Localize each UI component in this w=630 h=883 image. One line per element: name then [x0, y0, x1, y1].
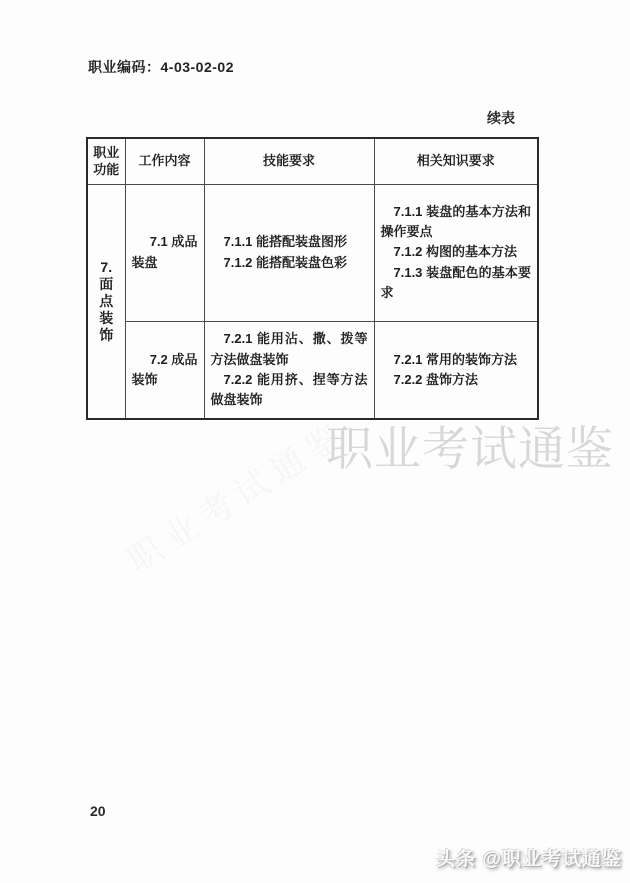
skill-item: 7.1.2 能搭配装盘色彩	[211, 253, 368, 273]
knowledge-item: 7.1.1 装盘的基本方法和操作要点	[381, 202, 532, 242]
page-number: 20	[90, 803, 106, 819]
skill-item: 7.2.2 能用挤、捏等方法做盘装饰	[211, 370, 368, 410]
table-row: 7.2 成品装饰 7.2.1 能用沾、撒、拨等方法做盘装饰 7.2.2 能用挤、…	[87, 321, 538, 419]
col-header-occupation-function: 职业功能	[87, 138, 125, 184]
site-watermark: 职业考试通鉴	[326, 412, 614, 479]
function-cell: 7. 面点装饰	[87, 184, 125, 419]
occupational-standard-table: 职业功能 工作内容 技能要求 相关知识要求 7. 面点装饰 7.1 成品装盘 7…	[86, 137, 539, 420]
skill-item: 7.2.1 能用沾、撒、拨等方法做盘装饰	[211, 329, 368, 369]
knowledge-item: 7.1.2 构图的基本方法	[381, 242, 532, 262]
work-content-text: 7.1 成品装盘	[132, 232, 198, 272]
work-content-text: 7.2 成品装饰	[132, 350, 198, 390]
skill-item: 7.1.1 能搭配装盘图形	[211, 232, 368, 252]
col-header-knowledge-requirements: 相关知识要求	[374, 138, 538, 184]
work-content-cell: 7.1 成品装盘	[125, 184, 204, 321]
knowledge-item: 7.1.3 装盘配色的基本要求	[381, 263, 532, 303]
work-content-cell: 7.2 成品装饰	[125, 321, 204, 419]
document-page: 职业编码：4-03-02-02 续表 职业功能 工作内容 技能要求 相关知识要求…	[0, 0, 630, 883]
col-header-skill-requirements: 技能要求	[204, 138, 374, 184]
knowledge-item: 7.2.1 常用的装饰方法	[381, 350, 532, 370]
vertical-function-label: 7. 面点装饰	[99, 259, 114, 344]
occupation-code-label: 职业编码：4-03-02-02	[88, 57, 234, 77]
function-number: 7.	[99, 259, 114, 276]
function-name: 面点装饰	[99, 276, 114, 344]
skills-cell: 7.1.1 能搭配装盘图形 7.1.2 能搭配装盘色彩	[204, 184, 374, 321]
skills-cell: 7.2.1 能用沾、撒、拨等方法做盘装饰 7.2.2 能用挤、捏等方法做盘装饰	[204, 321, 374, 419]
continued-table-label: 续表	[487, 108, 515, 128]
knowledge-cell: 7.1.1 装盘的基本方法和操作要点 7.1.2 构图的基本方法 7.1.3 装…	[374, 184, 538, 321]
table-row: 7. 面点装饰 7.1 成品装盘 7.1.1 能搭配装盘图形 7.1.2 能搭配…	[87, 184, 538, 321]
faint-diagonal-watermark: 职业考试通鉴	[116, 407, 356, 582]
knowledge-item: 7.2.2 盘饰方法	[381, 370, 532, 390]
table-header-row: 职业功能 工作内容 技能要求 相关知识要求	[87, 138, 538, 184]
toutiao-credit-watermark: 头条 @职业考试通鉴	[436, 844, 622, 871]
col-header-work-content: 工作内容	[125, 138, 204, 184]
knowledge-cell: 7.2.1 常用的装饰方法 7.2.2 盘饰方法	[374, 321, 538, 419]
